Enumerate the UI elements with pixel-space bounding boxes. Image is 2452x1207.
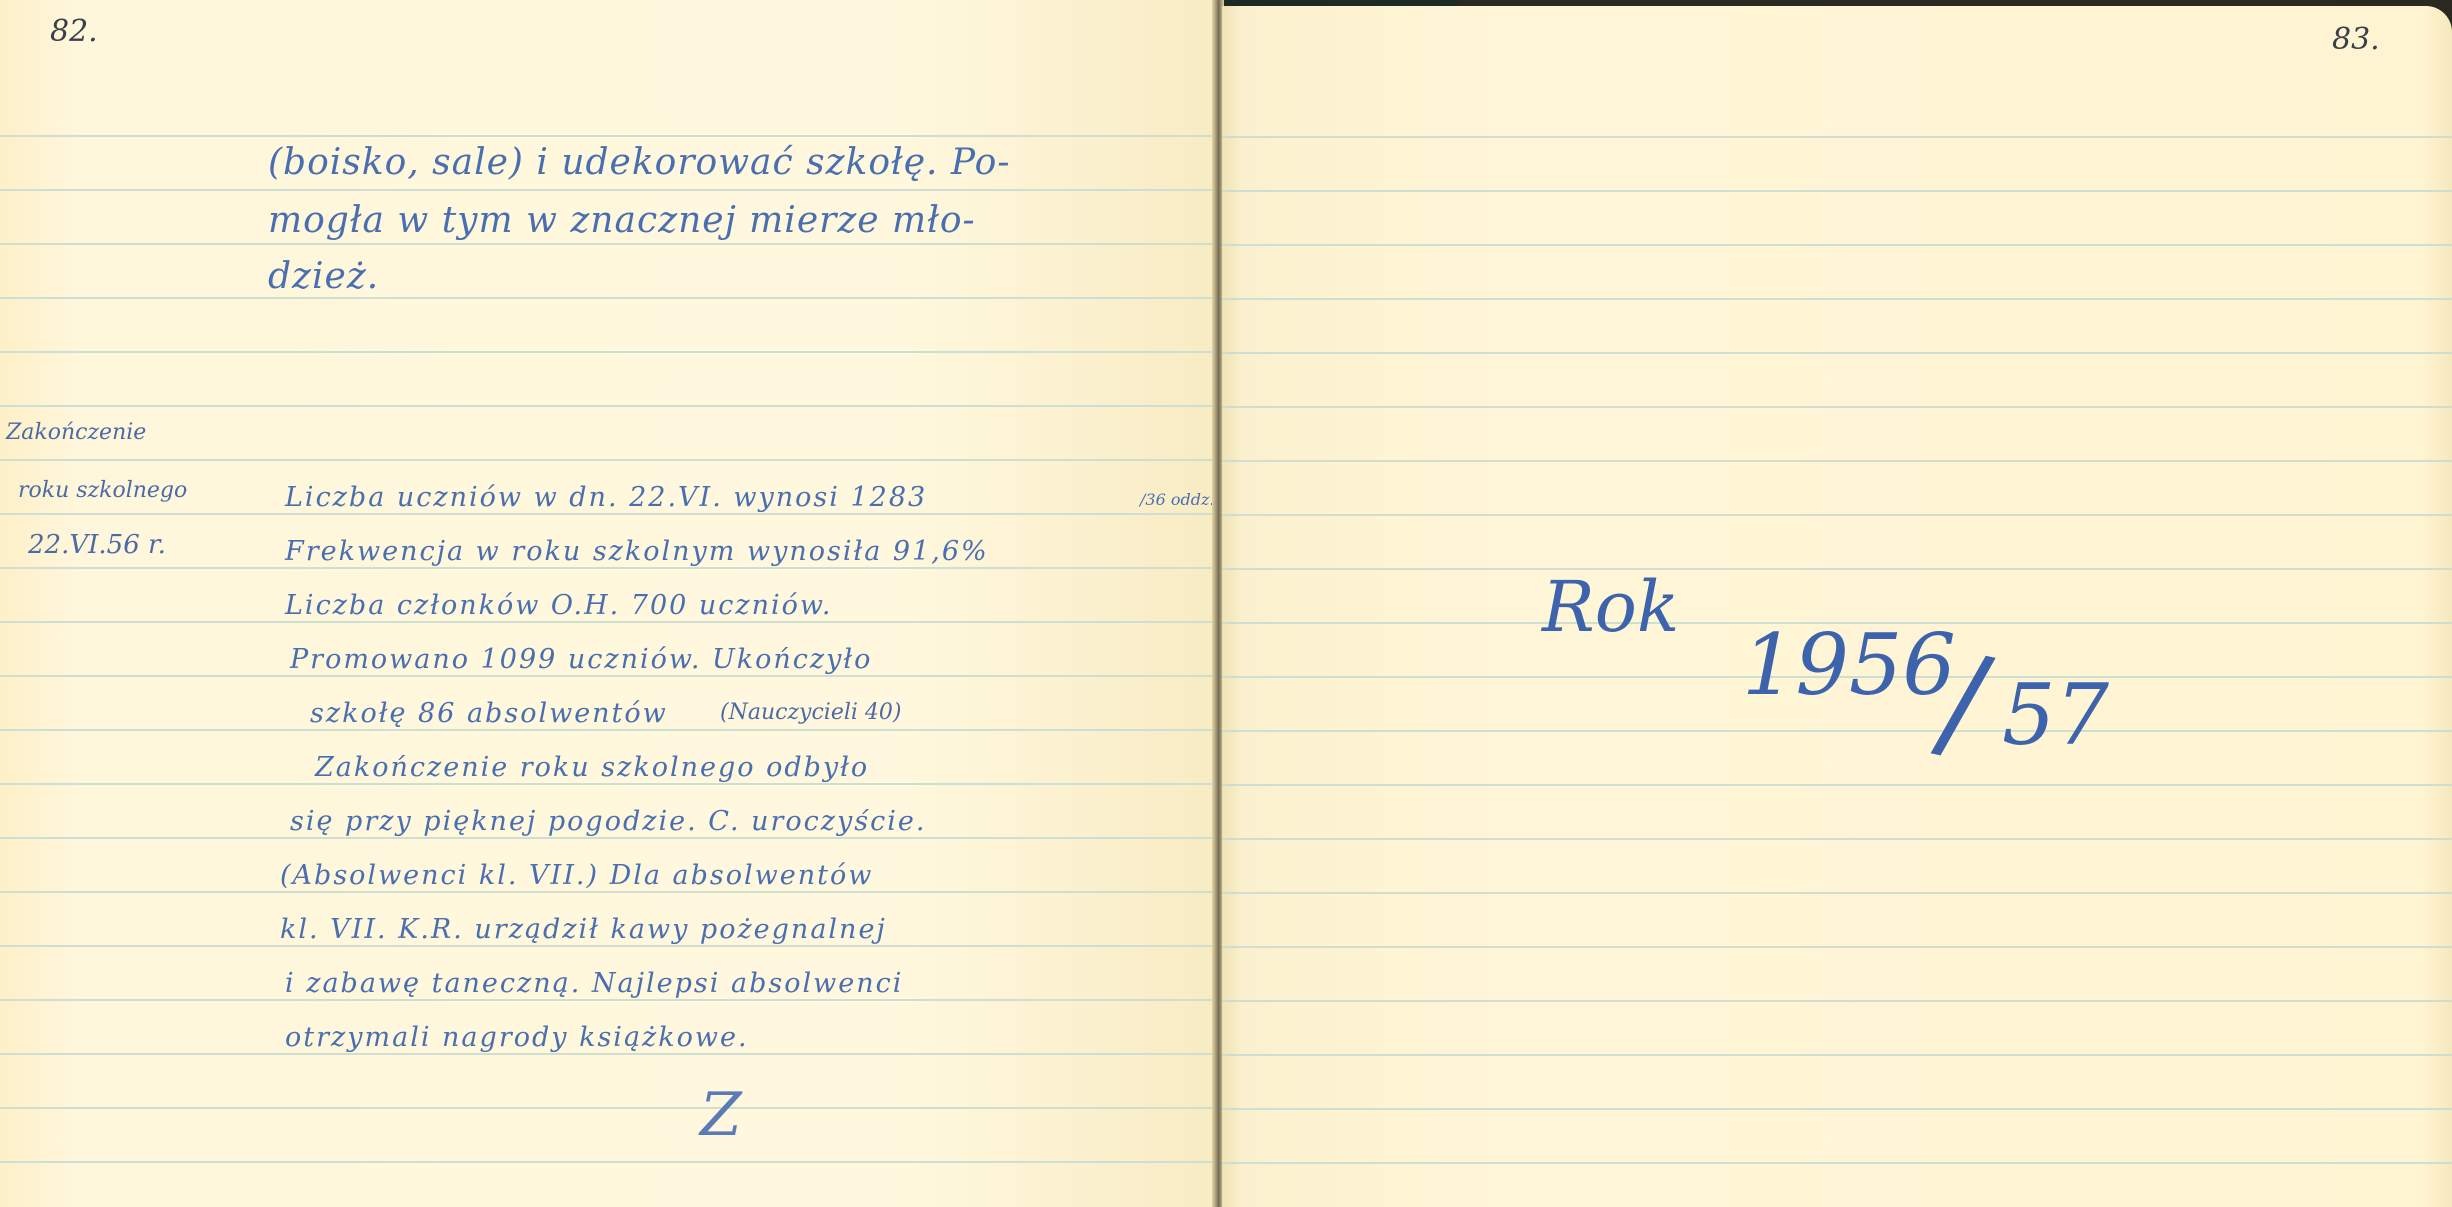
right-page: 83. Rok 1956 / 57 bbox=[1222, 6, 2452, 1207]
entry-line: szkołę 86 absolwentów bbox=[310, 698, 668, 729]
ruled-line bbox=[0, 729, 1220, 731]
ruled-line bbox=[1222, 1054, 2452, 1056]
year-end: 57 bbox=[2002, 666, 2109, 764]
margin-note-line: roku szkolnego bbox=[18, 478, 187, 503]
ruled-line bbox=[0, 459, 1220, 461]
entry-line: Frekwencja w roku szkolnym wynosiła 91,6… bbox=[285, 536, 989, 567]
entry-line: Zakończenie roku szkolnego odbyło bbox=[315, 752, 869, 783]
ruled-line bbox=[0, 837, 1220, 839]
inline-note: /36 oddz. bbox=[1140, 490, 1214, 509]
ruled-line bbox=[0, 1161, 1220, 1163]
ruled-line bbox=[1222, 298, 2452, 300]
ruled-line bbox=[0, 1107, 1220, 1109]
ruled-line bbox=[0, 405, 1220, 407]
ruled-line bbox=[1222, 838, 2452, 840]
entry-line: i zabawę taneczną. Najlepsi absolwenci bbox=[285, 968, 903, 999]
ruled-line bbox=[1222, 1000, 2452, 1002]
entry-line: kl. VII. K.R. urządził kawy pożegnalnej bbox=[280, 914, 887, 945]
year-start: 1956 bbox=[1742, 616, 1956, 714]
inline-note: (Nauczycieli 40) bbox=[720, 700, 901, 725]
ruled-line bbox=[0, 945, 1220, 947]
ruled-line bbox=[1222, 946, 2452, 948]
signature: Z bbox=[700, 1080, 742, 1150]
ruled-line bbox=[1222, 730, 2452, 732]
entry-line: Liczba uczniów w dn. 22.VI. wynosi 1283 bbox=[285, 482, 927, 513]
entry-line: Promowano 1099 uczniów. Ukończyło bbox=[290, 644, 872, 675]
page-number: 82. bbox=[50, 14, 98, 49]
page-number: 83. bbox=[2332, 22, 2380, 57]
ruled-line bbox=[0, 351, 1220, 353]
ruled-line bbox=[0, 891, 1220, 893]
continuation-line: dzież. bbox=[268, 256, 379, 297]
ruled-line bbox=[0, 513, 1220, 515]
ruled-line bbox=[0, 243, 1220, 245]
ruled-line bbox=[1222, 460, 2452, 462]
entry-line: otrzymali nagrody książkowe. bbox=[285, 1022, 749, 1053]
entry-line: Liczba członków O.H. 700 uczniów. bbox=[285, 590, 832, 621]
margin-note-line: Zakończenie bbox=[6, 420, 146, 445]
ruled-line bbox=[1222, 514, 2452, 516]
ruled-line bbox=[1222, 352, 2452, 354]
ruled-line bbox=[0, 621, 1220, 623]
ruled-line bbox=[1222, 244, 2452, 246]
margin-note-line: 22.VI.56 r. bbox=[28, 530, 166, 560]
ruled-line bbox=[1222, 406, 2452, 408]
left-page: 82. (boisko, sale) i udekorować szkołę. … bbox=[0, 0, 1220, 1207]
year-title-label: Rok bbox=[1542, 566, 1679, 648]
continuation-line: mogła w tym w znacznej mierze mło- bbox=[268, 200, 976, 241]
continuation-line: (boisko, sale) i udekorować szkołę. Po- bbox=[268, 142, 1011, 183]
ruled-line bbox=[1222, 568, 2452, 570]
ruled-line bbox=[1222, 1108, 2452, 1110]
ruled-line bbox=[1222, 1162, 2452, 1164]
ruled-line bbox=[0, 999, 1220, 1001]
entry-line: się przy pięknej pogodzie. C. uroczyście… bbox=[290, 806, 926, 837]
notebook-spread: 82. (boisko, sale) i udekorować szkołę. … bbox=[0, 0, 2452, 1207]
ruled-line bbox=[0, 783, 1220, 785]
ruled-line bbox=[1222, 136, 2452, 138]
ruled-line bbox=[0, 675, 1220, 677]
ruled-line bbox=[0, 135, 1220, 137]
ruled-line bbox=[1222, 190, 2452, 192]
ruled-line bbox=[0, 297, 1220, 299]
ruled-line bbox=[0, 189, 1220, 191]
ruled-line bbox=[0, 1053, 1220, 1055]
entry-line: (Absolwenci kl. VII.) Dla absolwentów bbox=[280, 860, 873, 891]
ruled-line bbox=[1222, 892, 2452, 894]
ruled-line bbox=[1222, 784, 2452, 786]
ruled-line bbox=[0, 567, 1220, 569]
